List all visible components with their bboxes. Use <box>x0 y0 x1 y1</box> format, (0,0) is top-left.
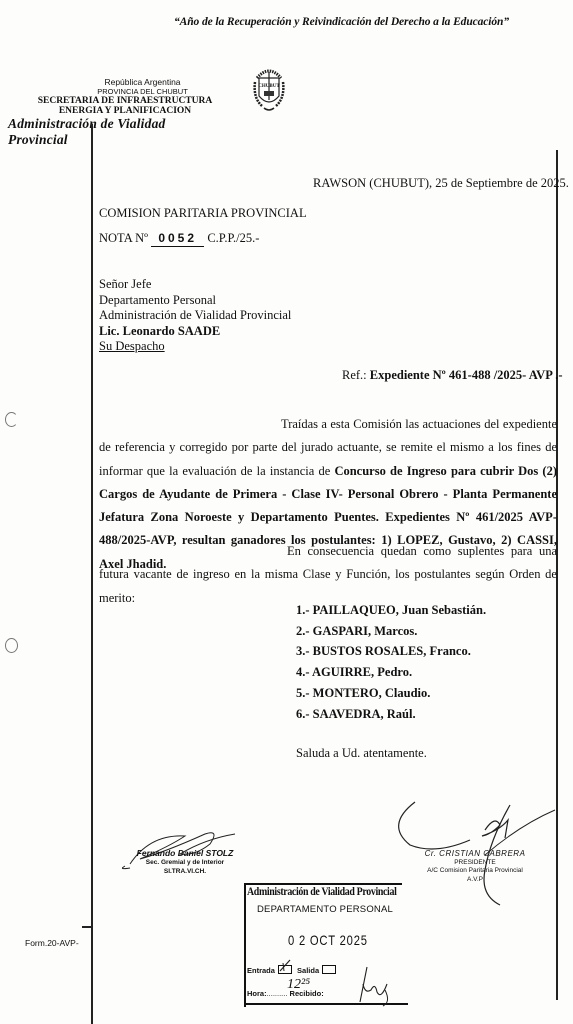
signer-right-title: PRESIDENTE <box>415 859 535 868</box>
punch-hole <box>5 412 18 427</box>
signer-right-name: Cr. CRISTIAN CABRERA <box>415 850 535 859</box>
entrada-checkbox-checked <box>278 965 292 974</box>
date-line: RAWSON (CHUBUT), 25 de Septiembre de 202… <box>313 175 569 191</box>
letterhead-country: República Argentina <box>0 78 225 87</box>
letterhead-subsecretariat: ENERGIA Y PLANIFICACION <box>0 106 225 116</box>
nota-prefix: NOTA Nº <box>99 231 148 245</box>
letterhead: República Argentina PROVINCIA DEL CHUBUT… <box>0 78 225 148</box>
hora-label: Hora: <box>247 989 267 998</box>
addressee-department: Departamento Personal <box>99 293 291 309</box>
signer-right-org: A/C Comision Paritaria Provincial <box>415 867 535 876</box>
document-motto: “Año de la Recuperación y Reivindicación… <box>0 16 573 28</box>
addressee-organization: Administración de Vialidad Provincial <box>99 308 291 324</box>
letterhead-province: PROVINCIA DEL CHUBUT <box>0 87 225 96</box>
addressee-title: Señor Jefe <box>99 277 291 293</box>
provincial-crest-icon: CHUBUT <box>252 60 286 116</box>
nota-number-line: NOTA Nº 0052 C.P.P./25.- <box>99 230 259 247</box>
stamp-entrada-salida: Entrada Salida <box>247 965 339 975</box>
nota-number: 0052 <box>151 230 204 247</box>
letterhead-secretariat: SECRETARIA DE INFRAESTRUCTURA <box>0 96 225 106</box>
punch-hole <box>5 638 18 653</box>
entrada-label: Entrada <box>247 966 275 975</box>
list-item: 1.- PAILLAQUEO, Juan Sebastián. <box>296 600 486 621</box>
commission-name: COMISION PARITARIA PROVINCIAL <box>99 205 307 221</box>
paragraph-2-text: En consecuencia quedan como suplentes pa… <box>99 544 557 605</box>
addressee-closing: Su Despacho <box>99 339 291 355</box>
addressee-name: Lic. Leonardo SAADE <box>99 324 291 340</box>
substitutes-list: 1.- PAILLAQUEO, Juan Sebastián. 2.- GASP… <box>296 600 486 724</box>
list-item: 3.- BUSTOS ROSALES, Franco. <box>296 641 486 662</box>
form-code: Form.20-AVP- <box>25 938 79 948</box>
margin-tick <box>82 926 92 928</box>
signature-left: Fernando Daniel STOLZ Sec. Gremial y de … <box>126 849 244 876</box>
stamp-title: Administración de Vialidad Provincial <box>247 886 396 898</box>
signature-right: Cr. CRISTIAN CABRERA PRESIDENTE A/C Comi… <box>415 850 535 884</box>
hora-value: 12²⁵ <box>287 977 310 993</box>
nota-suffix: C.P.P./25.- <box>207 231 259 245</box>
letterhead-organization: Administración de Vialidad Provincial <box>0 116 225 148</box>
signer-left-name: Fernando Daniel STOLZ <box>126 849 244 858</box>
reference-value: Expediente Nº 461-488 /2025- AVP .- <box>370 368 563 382</box>
signer-left-title: Sec. Gremial y de Interior <box>126 858 244 867</box>
stamp-date: 0 2 OCT 2025 <box>288 932 368 948</box>
list-item: 5.- MONTERO, Claudio. <box>296 683 486 704</box>
stamp-department: DEPARTAMENTO PERSONAL <box>257 904 393 915</box>
list-item: 4.- AGUIRRE, Pedro. <box>296 662 486 683</box>
list-item: 6.- SAAVEDRA, Raúl. <box>296 704 486 725</box>
salida-label: Salida <box>297 966 319 975</box>
addressee-block: Señor Jefe Departamento Personal Adminis… <box>99 277 291 355</box>
reference-label: Ref.: <box>342 368 367 382</box>
signer-right-org2: A.V.P <box>415 876 535 885</box>
salida-checkbox <box>322 965 336 974</box>
closing-salutation: Saluda a Ud. atentamente. <box>296 745 427 761</box>
left-margin-line <box>91 124 93 1024</box>
stamp-receiver-initials-scribble <box>355 962 400 1012</box>
list-item: 2.- GASPARI, Marcos. <box>296 621 486 642</box>
reference-line: Ref.: Expediente Nº 461-488 /2025- AVP .… <box>342 367 563 383</box>
stamp-hora-recibido: Hora:..........12²⁵ Recibido: <box>247 989 324 998</box>
signer-left-org: SI.TRA.VI.CH. <box>126 867 244 876</box>
